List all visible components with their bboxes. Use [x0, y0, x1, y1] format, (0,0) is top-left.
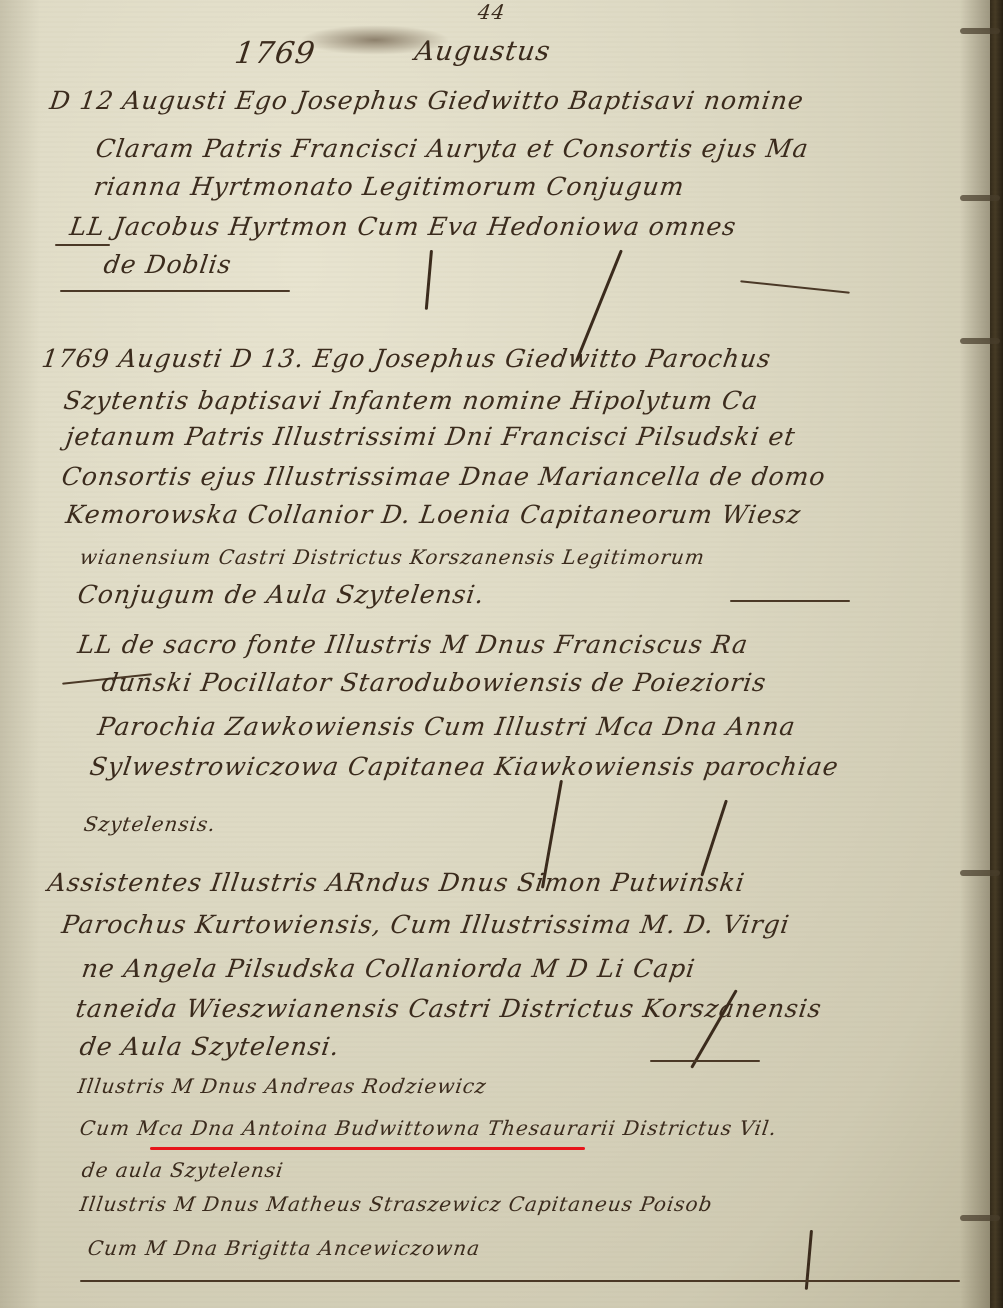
entry2-line7: Conjugum de Aula Szytelensi.	[76, 580, 487, 609]
header-month: Augustus	[413, 36, 553, 67]
binding-stitch	[960, 870, 1000, 876]
entry2-line4: Consortis ejus Illustrissimae Dnae Maria…	[60, 462, 828, 491]
godparents-line4: Sylwestrowiczowa Capitanea Kiawkowiensis…	[88, 752, 841, 781]
assistants-line4: taneida Wieszwianensis Castri Districtus…	[74, 994, 824, 1023]
entry1-line3: rianna Hyrtmonato Legitimorum Conjugum	[92, 172, 687, 201]
assistants-line5: de Aula Szytelensi.	[78, 1032, 342, 1061]
pen-stroke	[425, 250, 433, 310]
assistants-line6: Illustris M Dnus Andreas Rodziewicz	[76, 1074, 488, 1098]
assistants-line9: Illustris M Dnus Matheus Straszewicz Cap…	[78, 1192, 714, 1216]
manuscript-page: 44 1769 Augustus D 12 Augusti Ego Joseph…	[0, 0, 1003, 1308]
assistants-line2: Parochus Kurtowiensis, Cum Illustrissima…	[60, 910, 792, 939]
entry1-residence: de Doblis	[102, 250, 234, 279]
flourish-stroke	[740, 280, 850, 293]
entry-separator	[80, 1280, 960, 1282]
header-year: 1769	[233, 36, 318, 71]
red-underline-highlight	[150, 1147, 585, 1150]
entry2-line2: Szytentis baptisavi Infantem nomine Hipo…	[62, 386, 760, 415]
binding-stitch	[960, 1215, 1000, 1221]
ll-underline	[55, 244, 110, 246]
entry1-godparents: LL Jacobus Hyrtmon Cum Eva Hedoniowa omn…	[68, 212, 738, 241]
flourish-stroke	[650, 1060, 760, 1062]
assistants-line10: Cum M Dna Brigitta Ancewiczowna	[86, 1236, 482, 1260]
binding-stitch	[960, 195, 1000, 201]
entry1-line1: D 12 Augusti Ego Josephus Giedwitto Bapt…	[48, 86, 806, 115]
entry-separator	[60, 290, 290, 292]
assistants-line7-highlighted: Cum Mca Dna Antoina Budwittowna Thesaura…	[78, 1116, 778, 1140]
pen-stroke	[700, 800, 728, 877]
flourish-stroke	[730, 600, 850, 602]
page-number-mark: 44	[476, 0, 507, 24]
godparents-line3: Parochia Zawkowiensis Cum Illustri Mca D…	[96, 712, 798, 741]
binding-stitch	[960, 28, 1000, 34]
assistants-line3: ne Angela Pilsudska Collaniorda M D Li C…	[80, 954, 697, 983]
godparents-line5: Szytelensis.	[82, 812, 217, 836]
entry2-line6: wianensium Castri Districtus Korszanensi…	[78, 545, 706, 569]
entry2-line5: Kemorowska Collanior D. Loenia Capitaneo…	[64, 500, 803, 529]
entry2-line3: jetanum Patris Illustrissimi Dni Francis…	[64, 422, 798, 451]
godparents-line1: LL de sacro fonte Illustris M Dnus Franc…	[76, 630, 750, 659]
assistants-line8: de aula Szytelensi	[80, 1158, 285, 1182]
entry1-line2: Claram Patris Francisci Auryta et Consor…	[94, 134, 811, 163]
assistants-line1: Assistentes Illustris ARndus Dnus Simon …	[46, 868, 747, 897]
binding-stitch	[960, 338, 1000, 344]
entry2-line1: 1769 Augusti D 13. Ego Josephus Giedwitt…	[40, 344, 773, 373]
godparents-line2: dunski Pocillator Starodubowiensis de Po…	[100, 668, 768, 697]
